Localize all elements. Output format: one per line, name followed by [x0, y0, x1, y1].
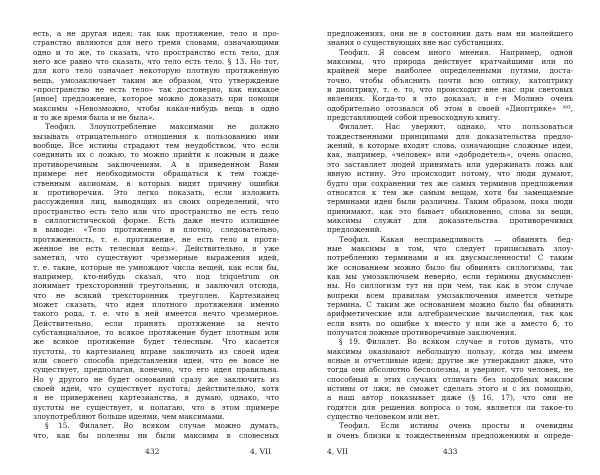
text-line: тогда они абсолютно бесполезны, и уверяю…	[327, 365, 573, 374]
text-line: т. е. такие, которые не умножают числа в…	[33, 263, 279, 272]
text-line: точно, чтобы объяснить почти всю оптику,…	[327, 76, 573, 85]
text-line: [иное] предложение, которое можно доказа…	[33, 94, 279, 103]
text-line: а наш автор показывает даже (§ 16, 17), …	[327, 393, 573, 402]
text-line: есть, а не другая идея; так как протяжен…	[33, 29, 279, 38]
text-line: может сказать, что идея плотного протяже…	[33, 300, 279, 309]
text-line: знания о существующих вне нас субстанция…	[327, 38, 573, 47]
text-line: принимают, как это бывает обыкновенно, с…	[327, 207, 573, 216]
text-line: пустоты не существует, и полагаю, что в …	[33, 403, 279, 412]
text-line: в силлогистической форме. Есть даже нечт…	[33, 216, 279, 225]
text-line: Теофил. Злоупотребление максимами не дол…	[33, 122, 279, 131]
text-line: я не приверженец картезианства, я думаю,…	[33, 393, 279, 402]
text-line: него все равно что сказать, что тело ест…	[33, 57, 279, 66]
text-line: же всякое протяжение будет телесным. Что…	[33, 337, 279, 346]
text-line: пространство есть тело или что пространс…	[33, 207, 279, 216]
text-line: если взять по ошибке x вместо y или же a…	[327, 319, 573, 328]
text-line: соединить их с ложью, то можно прийти к …	[33, 150, 279, 159]
text-line: как мы умозаключаем неверно, если термин…	[327, 272, 573, 281]
text-line: ные максимы в том, что следует приписыва…	[327, 244, 573, 253]
text-line: арифметические или алгебраические вычисл…	[327, 309, 573, 318]
text-line: что не всякий трехсторонник треуголен. К…	[33, 291, 279, 300]
text-line: такого рода, т. е. что в ней имеется неч…	[33, 309, 279, 318]
text-line: существо человеком или нет.	[327, 412, 573, 421]
text-line: крайней мере наиболее определенными путя…	[327, 66, 573, 75]
text-line: Действительно, если принять протяжение з…	[33, 319, 279, 328]
text-line: терминами идеи были различны. Таким обра…	[327, 197, 573, 206]
text-line: годятся для решения вопроса о том, являе…	[327, 403, 573, 412]
text-line: противоречивым заключениям. А в приведен…	[33, 160, 279, 169]
text-line: что, как бы полезны ни были максимы в сл…	[33, 431, 279, 440]
text-line: Теофил. Я совсем иного мнения. Например,…	[327, 48, 573, 57]
text-line: вещь, умозаключает таким же образом, что…	[33, 76, 279, 85]
text-line: термина. С таким же основанием можно был…	[327, 300, 573, 309]
text-line: примере нет необходимости обращаться к т…	[33, 169, 279, 178]
text-line: жений, в которые входят слова, означающи…	[327, 141, 573, 150]
text-line: предложений.	[327, 225, 573, 234]
text-line: Но у другого не будет оснований сразу же…	[33, 375, 279, 384]
text-line: ясные и отчетливые идеи; другие же утвер…	[327, 356, 573, 365]
text-line: «пространство не есть тело» так достовер…	[33, 85, 279, 94]
left-running-head: 4, VII	[250, 447, 271, 457]
text-line: как, например, «человек» или «добродетел…	[327, 150, 573, 159]
text-line: пустоты, то картезианец вправе заключить…	[33, 347, 279, 356]
text-line: потреблению терминами и их двусмысленнос…	[327, 253, 573, 262]
right-page-number: 433	[443, 447, 458, 457]
text-line: Теофил. Какая несправедливость — обвинят…	[327, 235, 573, 244]
text-line: тождественными принципами для доказатель…	[327, 132, 573, 141]
text-line: для кого тело означает некоторую плотную…	[33, 66, 279, 75]
text-line: и противоречия. Это легко показать, если…	[33, 188, 279, 197]
text-line: представляющей собой превосходную книгу.	[327, 113, 573, 122]
text-line: будто при сохранении тех же самых термин…	[327, 179, 573, 188]
left-page-number: 432	[145, 447, 160, 457]
text-line: явную истину. Это происходит потому, что…	[327, 169, 573, 178]
text-line: относятся к тем же самым вещам, хотя бы …	[327, 188, 573, 197]
text-line: же основанием можно было бы обвинять сил…	[327, 263, 573, 272]
text-line: ны. Но силлогизм тут ни при чем, так как…	[327, 281, 573, 290]
text-line: вызывать отрицательного отношения к поль…	[33, 132, 279, 141]
text-line: вообще. Все истины страдают тем неудобст…	[33, 141, 279, 150]
text-line: женное не есть телесная вещь». Действите…	[33, 244, 279, 253]
text-line: вопреки всем правилам умозаключения имее…	[327, 291, 573, 300]
text-line: истины от лжи, не сможет сделать этого и…	[327, 384, 573, 393]
text-line: явлениях. Когда-то я это доказал, и г-н …	[327, 94, 573, 103]
text-line: рассуждения лиц, выводящих из своих опре…	[33, 197, 279, 206]
text-line: своей идеи, что существует пустота; дейс…	[33, 384, 279, 393]
text-line: это заставляет людей принимать или удерж…	[327, 160, 573, 169]
text-line: и диоптрику, т. е. то, что происходит вн…	[327, 85, 573, 94]
text-line: максимы, что природа действует кратчайши…	[327, 57, 573, 66]
text-line: и очень близки к тождественным предложен…	[327, 431, 573, 440]
text-line: в выводе: «Тело протяженно и плотно, сле…	[33, 225, 279, 234]
text-line: получатся ложные противоречивые заключен…	[327, 328, 573, 337]
left-page: есть, а не другая идея; так как протяжен…	[33, 29, 279, 440]
text-line: протяженность, т. е. протяжение, не есть…	[33, 235, 279, 244]
text-line: злоупотребляют больше идеями, чем максим…	[33, 412, 279, 421]
text-line: максимы «Невозможно, чтобы какая-нибудь …	[33, 104, 279, 113]
text-line: существует, предполагая, конечно, что ег…	[33, 365, 279, 374]
text-line: § 19. Филалет. Во всяком случае я готов …	[327, 337, 573, 346]
text-line: одно и то же, то сказать, что пространст…	[33, 48, 279, 57]
text-line: § 15. Филалет. Во всяком случае можно ду…	[33, 421, 279, 430]
text-line: странство являются для него тремя словам…	[33, 38, 279, 47]
text-line: одобрительно отозвался об этом в своей «…	[327, 104, 573, 113]
text-line: например, кто-нибудь сказал, что под tri…	[33, 272, 279, 281]
text-line: максимы служат для доказательства против…	[327, 216, 573, 225]
text-line: ственным аксиомам, в которых видят причи…	[33, 179, 279, 188]
text-line: Теофил. Если истины очень просты и очеви…	[327, 421, 573, 430]
text-line: субстанциальное, то всякое протяжение бу…	[33, 328, 279, 337]
text-line: максимы оказывают небольшую пользу, когд…	[327, 347, 573, 356]
text-line: заметил, что существуют чрезмерные выраж…	[33, 253, 279, 262]
text-line: предложениях, они не в состоянии дать на…	[327, 29, 573, 38]
text-line: и то же время была и не была».	[33, 113, 279, 122]
text-line: способный в этих случаях отличать без по…	[327, 375, 573, 384]
right-running-head: 4, VII	[327, 447, 348, 457]
right-page: предложениях, они не в состоянии дать на…	[327, 29, 573, 440]
text-line: понимает трехсторонний треугольник, и за…	[33, 281, 279, 290]
text-line: Филалет. Нас уверяют, однако, что пользо…	[327, 122, 573, 131]
text-line: или своего способа представления идеи, ч…	[33, 356, 279, 365]
